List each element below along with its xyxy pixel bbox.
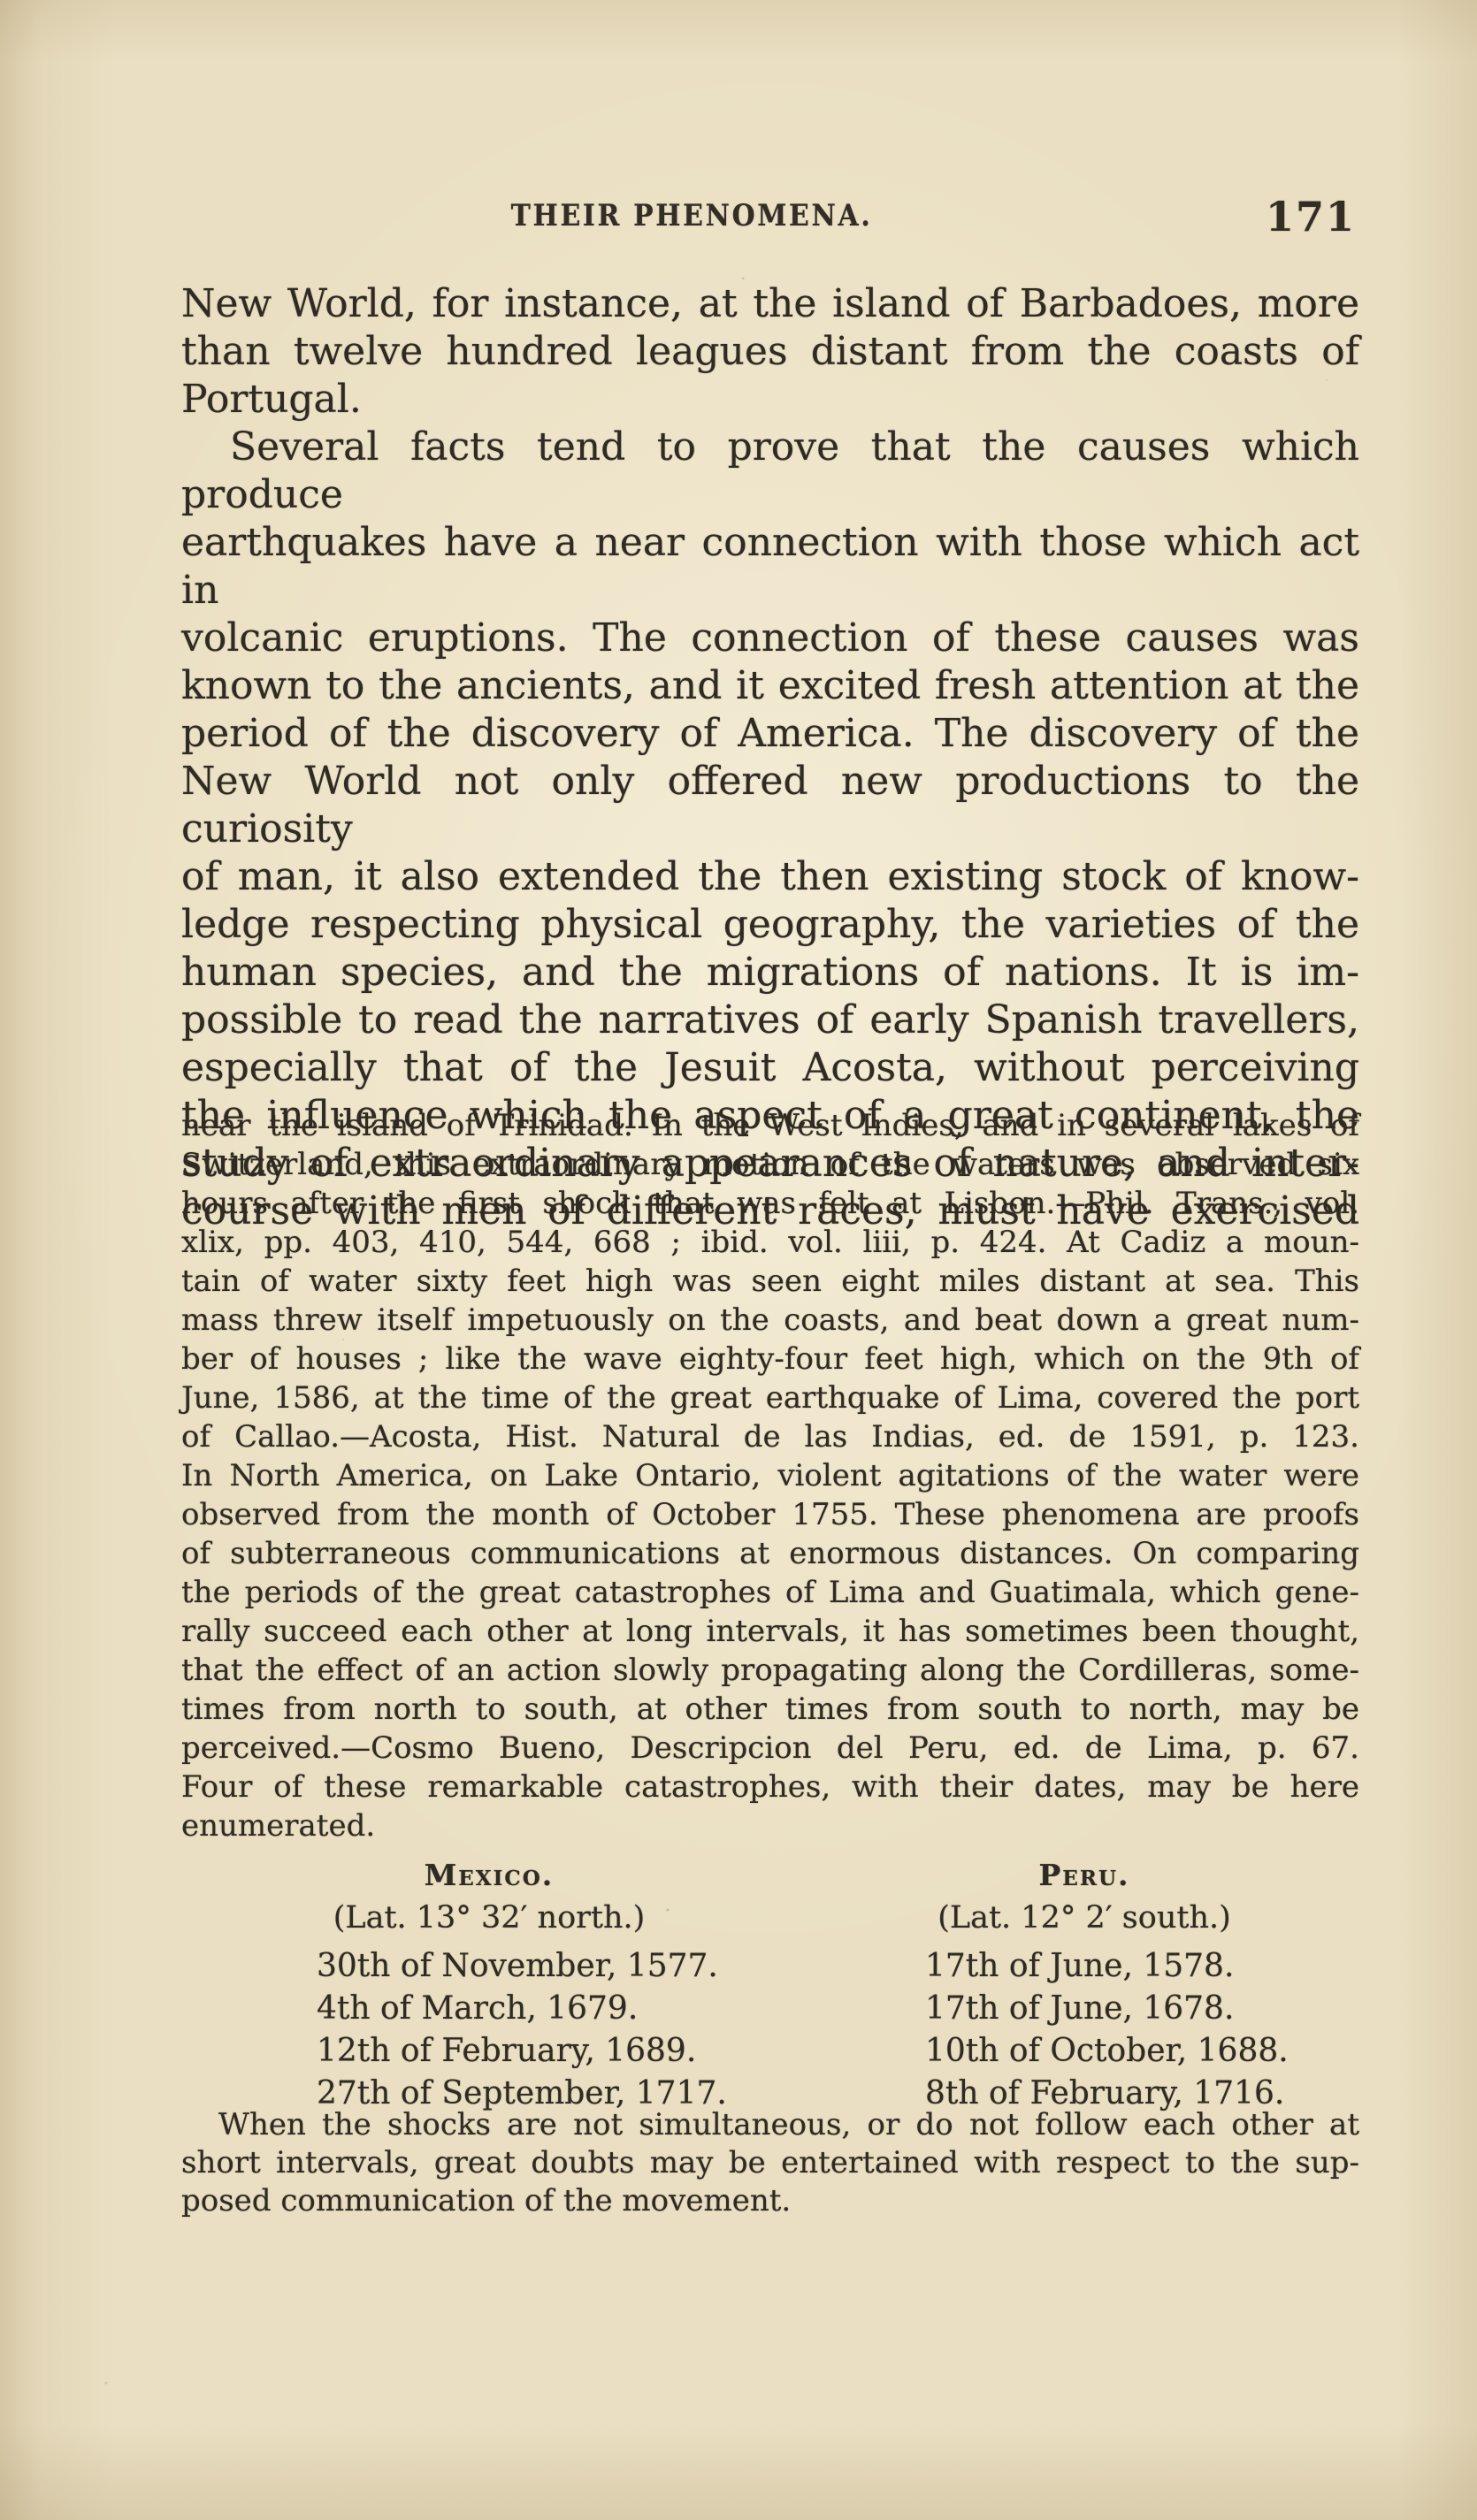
footnote-line: perceived.—Cosmo Bueno, Descripcion del … bbox=[181, 1729, 1359, 1768]
peru-latitude: (Lat. 12° 2′ south.) bbox=[925, 1898, 1244, 1938]
mexico-date: 12th of February, 1689. bbox=[317, 2030, 662, 2073]
book-page: THEIR PHENOMENA. 171 New World, for inst… bbox=[0, 0, 1477, 2520]
peru-date: 17th of June, 1578. bbox=[925, 1945, 1244, 1988]
footnote-line: xlix, pp. 403, 410, 544, 668 ; ibid. vol… bbox=[181, 1223, 1359, 1262]
footnote-line: June, 1586, at the time of the great ear… bbox=[181, 1378, 1359, 1417]
mexico-date: 4th of March, 1679. bbox=[317, 1988, 662, 2030]
footnote-line: observed from the month of October 1755.… bbox=[181, 1495, 1359, 1534]
mexico-column: Mexico. (Lat. 13° 32′ north.) 30th of No… bbox=[317, 1857, 662, 2115]
closing-paragraph: When the shocks are not simultaneous, or… bbox=[181, 2106, 1359, 2220]
peru-column: Peru. (Lat. 12° 2′ south.) 17th of June,… bbox=[925, 1857, 1244, 2115]
body-text-line: Portugal. bbox=[181, 376, 1359, 424]
page-number: 171 bbox=[1266, 193, 1356, 241]
footnote-line: of Callao.—Acosta, Hist. Natural de las … bbox=[181, 1417, 1359, 1456]
footnote-line: Four of these remarkable catastrophes, w… bbox=[181, 1768, 1359, 1806]
body-text-line: New World not only offered new productio… bbox=[181, 758, 1359, 853]
body-text-line: Several facts tend to prove that the cau… bbox=[181, 424, 1359, 519]
footnote-line: of subterraneous communications at enorm… bbox=[181, 1534, 1359, 1573]
mexico-column-header: Mexico. bbox=[317, 1857, 662, 1894]
footnote-line: near the island of Trinidad. In the West… bbox=[181, 1106, 1359, 1145]
footnote-line: In North America, on Lake Ontario, viole… bbox=[181, 1456, 1359, 1495]
closing-line: short intervals, great doubts may be ent… bbox=[181, 2144, 1359, 2182]
body-text-line: human species, and the migrations of nat… bbox=[181, 949, 1359, 997]
body-text-line: especially that of the Jesuit Acosta, wi… bbox=[181, 1044, 1359, 1092]
peru-date: 17th of June, 1678. bbox=[925, 1988, 1244, 2030]
footnote-line: tain of water sixty feet high was seen e… bbox=[181, 1262, 1359, 1301]
body-text-line: period of the discovery of America. The … bbox=[181, 710, 1359, 758]
peru-date-list: 17th of June, 1578.17th of June, 1678.10… bbox=[925, 1945, 1244, 2115]
footnote-line: that the effect of an action slowly prop… bbox=[181, 1651, 1359, 1690]
mexico-date-list: 30th of November, 1577.4th of March, 167… bbox=[317, 1945, 662, 2115]
body-text-line: New World, for instance, at the island o… bbox=[181, 280, 1359, 328]
body-text-line: of man, it also extended the then existi… bbox=[181, 853, 1359, 901]
running-header: THEIR PHENOMENA. 171 bbox=[0, 0, 1477, 265]
footnote-line: Switzerland, this extraordinary motion o… bbox=[181, 1145, 1359, 1184]
peru-date: 10th of October, 1688. bbox=[925, 2030, 1244, 2073]
body-text-line: known to the ancients, and it excited fr… bbox=[181, 662, 1359, 710]
footnote-line: mass threw itself impetuously on the coa… bbox=[181, 1301, 1359, 1340]
main-text-paragraphs: New World, for instance, at the island o… bbox=[181, 280, 1359, 1235]
footnote-line: the periods of the great catastrophes of… bbox=[181, 1573, 1359, 1612]
body-text-line: than twelve hundred leagues distant from… bbox=[181, 328, 1359, 376]
running-title: THEIR PHENOMENA. bbox=[511, 198, 873, 233]
footnote-line: times from north to south, at other time… bbox=[181, 1690, 1359, 1729]
mexico-latitude: (Lat. 13° 32′ north.) bbox=[317, 1898, 662, 1938]
mexico-date: 30th of November, 1577. bbox=[317, 1945, 662, 1988]
peru-column-header: Peru. bbox=[925, 1857, 1244, 1894]
footnote-line: hours after the first shock that was fel… bbox=[181, 1184, 1359, 1223]
footnote-line: ber of houses ; like the wave eighty-fou… bbox=[181, 1340, 1359, 1378]
closing-line: posed communication of the movement. bbox=[181, 2182, 1359, 2220]
footnote-line: rally succeed each other at long interva… bbox=[181, 1612, 1359, 1651]
footnote-text: near the island of Trinidad. In the West… bbox=[181, 1106, 1359, 1845]
footnote-line: enumerated. bbox=[181, 1806, 1359, 1845]
body-text-line: earthquakes have a near connection with … bbox=[181, 519, 1359, 615]
body-text-line: possible to read the narratives of early… bbox=[181, 997, 1359, 1044]
body-text-line: volcanic eruptions. The connection of th… bbox=[181, 615, 1359, 662]
body-text-line: ledge respecting physical geography, the… bbox=[181, 901, 1359, 949]
closing-line: When the shocks are not simultaneous, or… bbox=[181, 2106, 1359, 2144]
